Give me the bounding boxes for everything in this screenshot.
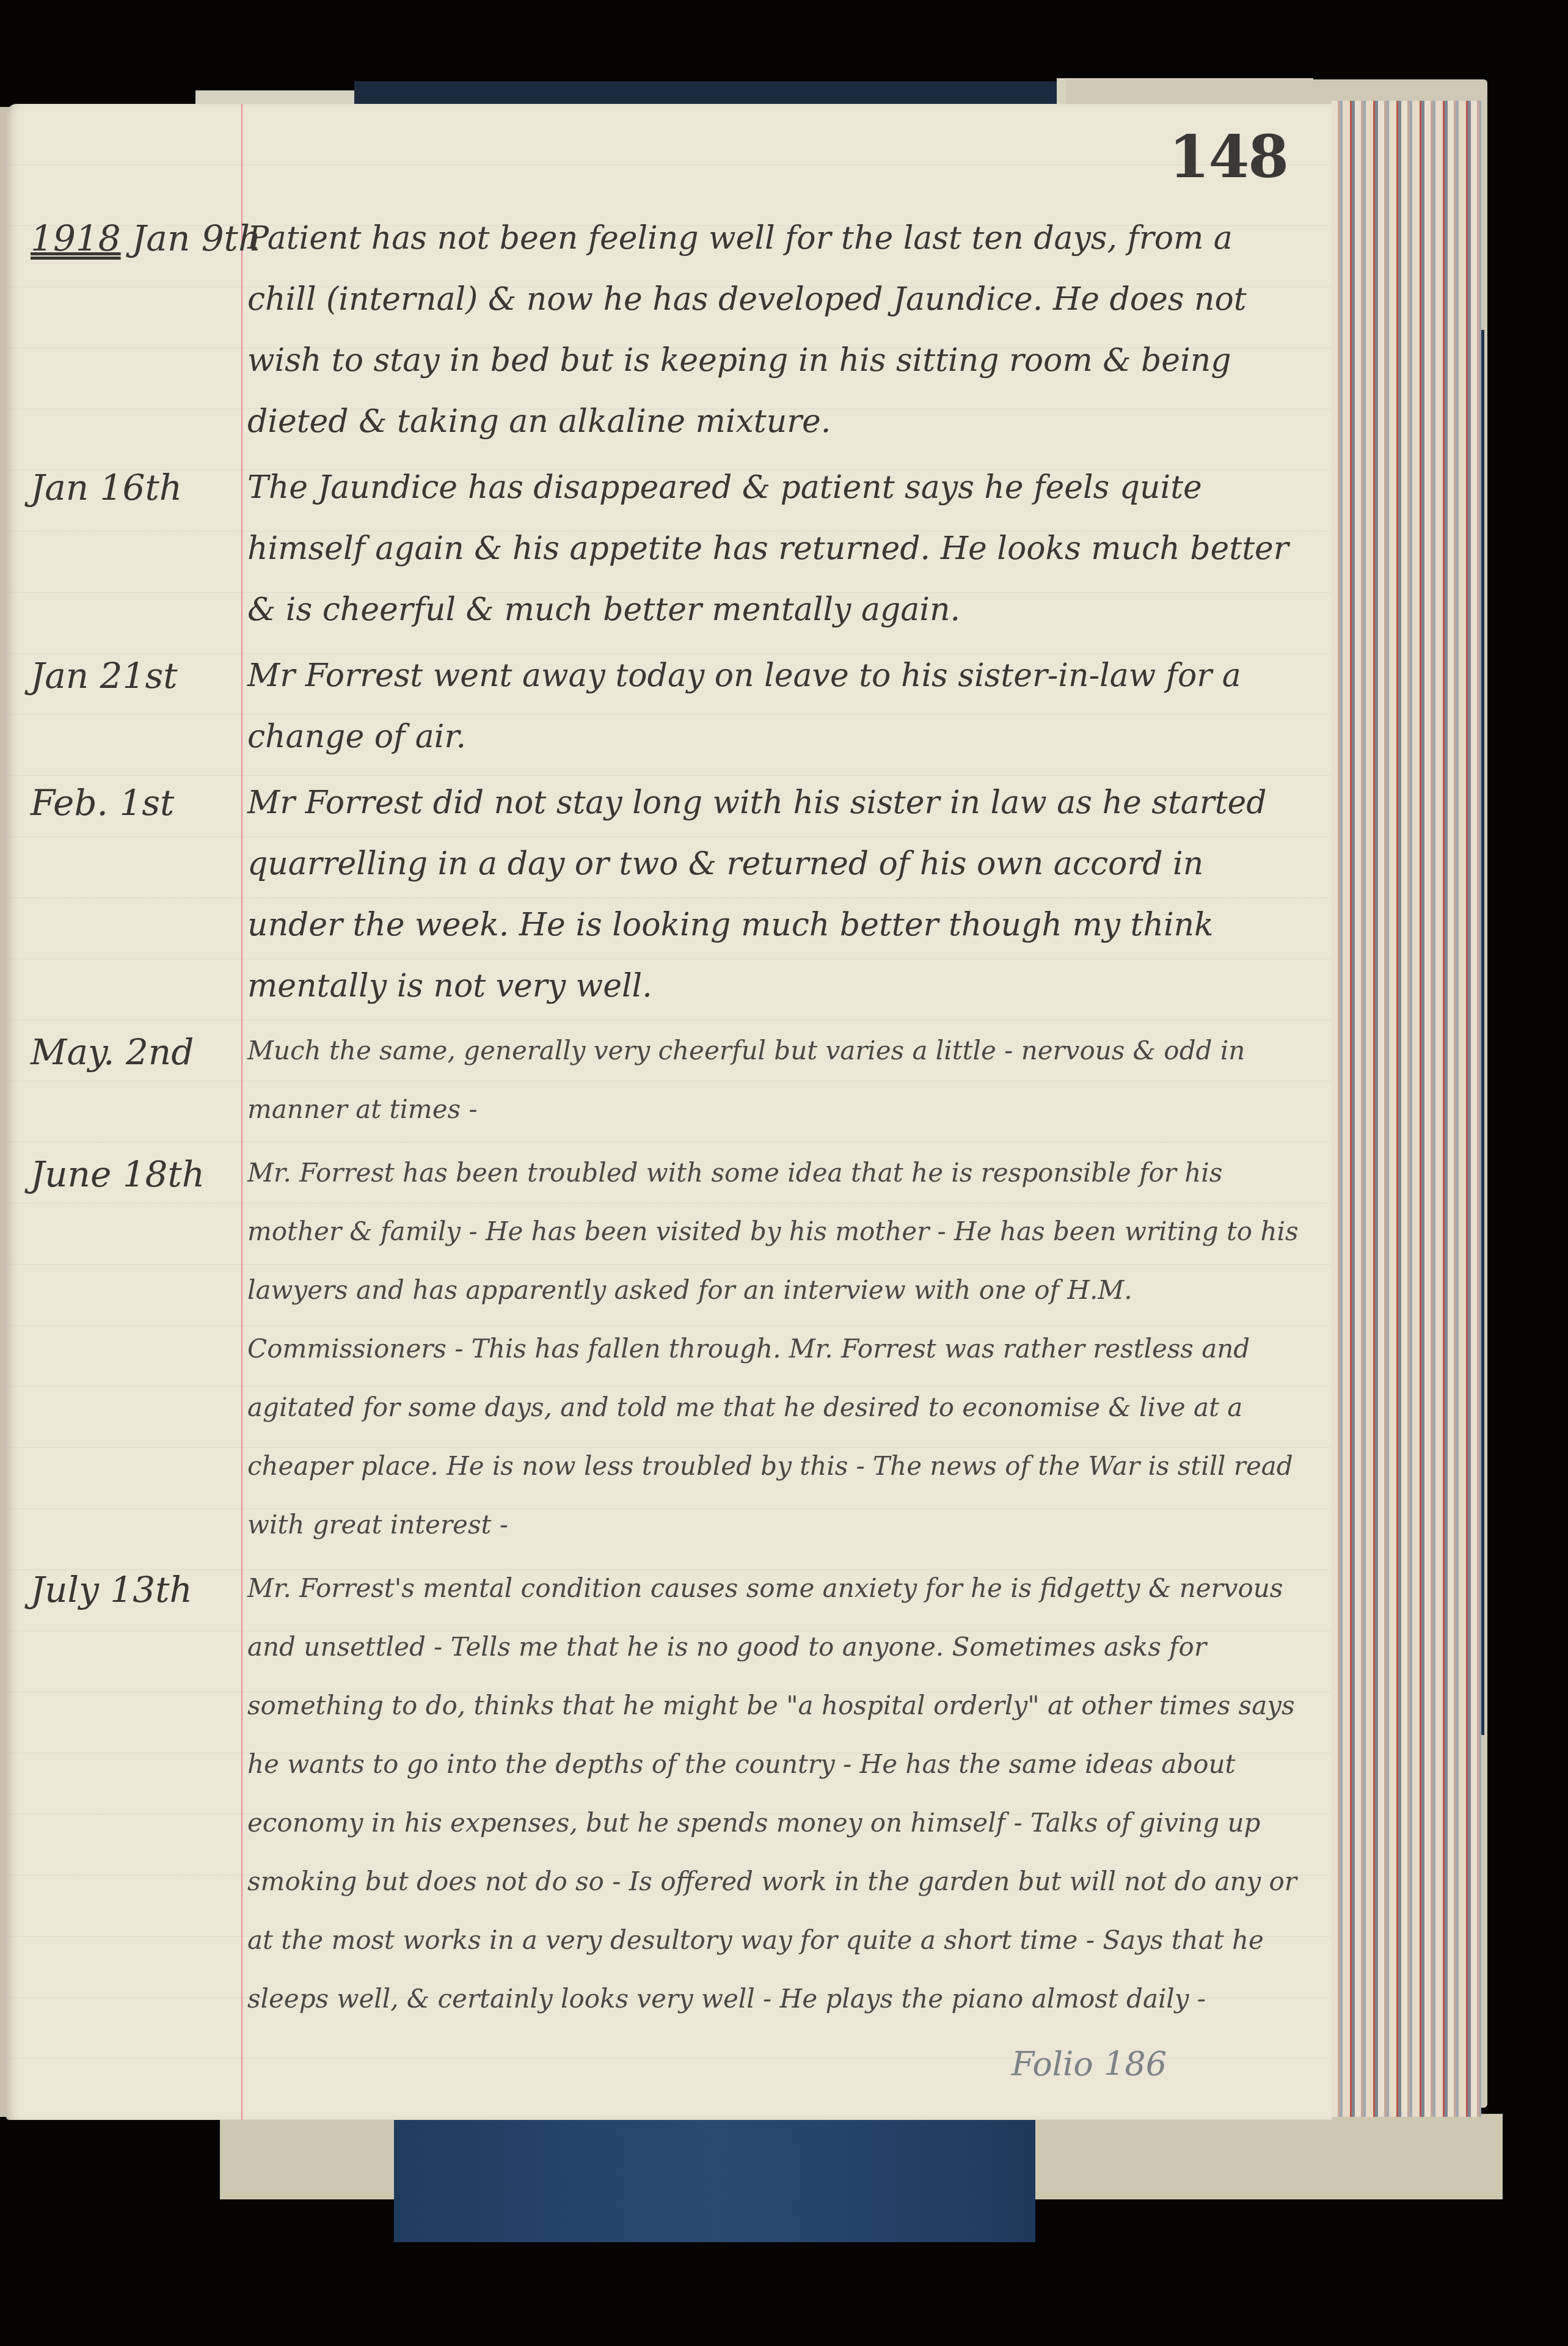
- marbled-page-edges: [1332, 101, 1481, 2117]
- entry-jan-21: Jan 21st Mr Forrest went away today on l…: [6, 645, 1332, 767]
- entry-date: Jan 16th: [6, 457, 232, 640]
- ledger-page: 148 1918 Jan 9th Patient has not been fe…: [6, 104, 1332, 2120]
- entry-feb-1: Feb. 1st Mr Forrest did not stay long wi…: [6, 772, 1332, 1017]
- entry-text: The Jaundice has disappeared & patient s…: [232, 457, 1301, 640]
- folio-number: Folio 186: [1012, 2045, 1167, 2083]
- entry-text: Much the same, generally very cheerful b…: [232, 1021, 1301, 1139]
- entry-text: Mr. Forrest has been troubled with some …: [232, 1144, 1301, 1554]
- entry-date: Feb. 1st: [6, 772, 232, 1017]
- entry-may-2: May. 2nd Much the same, generally very c…: [6, 1021, 1332, 1139]
- ribbon-bookmark[interactable]: [394, 2120, 1035, 2242]
- entry-date: May. 2nd: [6, 1021, 232, 1139]
- entry-text: Patient has not been feeling well for th…: [232, 208, 1301, 452]
- entry-text: Mr Forrest did not stay long with his si…: [232, 772, 1301, 1017]
- entry-date: 1918 Jan 9th: [6, 208, 232, 452]
- entry-text: Mr. Forrest's mental condition causes so…: [232, 1559, 1301, 2028]
- entry-date: June 18th: [6, 1144, 232, 1554]
- entry-1918-jan-9: 1918 Jan 9th Patient has not been feelin…: [6, 208, 1332, 452]
- entry-text: Mr Forrest went away today on leave to h…: [232, 645, 1301, 767]
- entry-date: July 13th: [6, 1559, 232, 2028]
- entry-july-13: July 13th Mr. Forrest's mental condition…: [6, 1559, 1332, 2028]
- case-notes: 1918 Jan 9th Patient has not been feelin…: [6, 208, 1332, 2033]
- entry-year: 1918: [31, 217, 121, 259]
- entry-jan-16: Jan 16th The Jaundice has disappeared & …: [6, 457, 1332, 640]
- entry-date: Jan 21st: [6, 645, 232, 767]
- page-number: 148: [1169, 122, 1288, 191]
- entry-june-18: June 18th Mr. Forrest has been troubled …: [6, 1144, 1332, 1554]
